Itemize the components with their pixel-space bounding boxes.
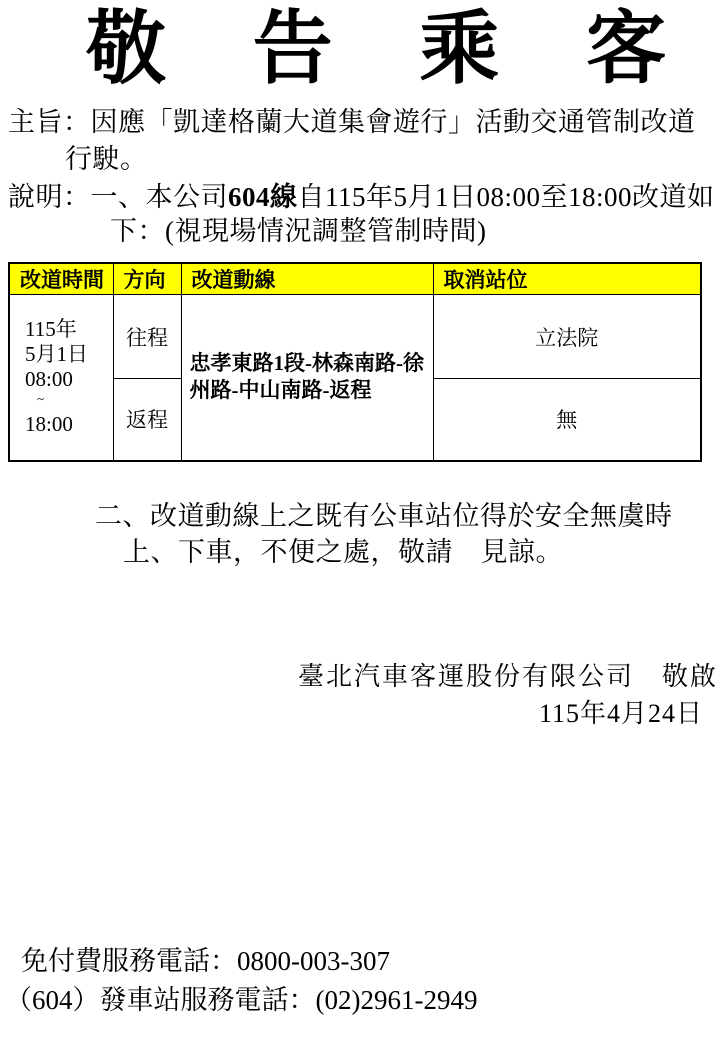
title-char: 告 (253, 2, 333, 98)
toll-free-phone: 免付費服務電話：0800-003-307 (5, 942, 477, 981)
note-line-1: 二、改道動線上之既有公車站位得於安全無虞時 (95, 498, 673, 534)
title-char: 客 (586, 2, 666, 98)
header-direction: 方向 (113, 263, 181, 295)
table-header-row: 改道時間 方向 改道動線 取消站位 (9, 263, 701, 295)
notice-title: 敬 告 乘 客 (86, 2, 666, 98)
contact-footer: 免付費服務電話：0800-003-307 （604）發車站服務電話：(02)29… (5, 942, 477, 1020)
header-diversion-time: 改道時間 (9, 263, 113, 295)
explanation-line-2: 下：(視現場情況調整管制時間) (8, 214, 715, 248)
explanation-line-1: 說明：一、本公司604線自115年5月1日08:00至18:00改道如 (8, 180, 715, 214)
explanation-suffix: 自115年5月1日08:00至18:00改道如 (298, 182, 715, 212)
signature-block: 臺北汽車客運股份有限公司 敬啟 115年4月24日 (298, 658, 718, 732)
note-paragraph: 二、改道動線上之既有公車站位得於安全無虞時 上、下車，不便之處，敬請 見諒。 (95, 498, 673, 570)
cell-direction-return: 返程 (113, 379, 181, 461)
route-line-1: 忠孝東路1段-林森南路-徐 (190, 350, 433, 377)
subject-line-2: 行駛。 (8, 141, 696, 178)
header-cancelled-stops: 取消站位 (433, 263, 701, 295)
title-char: 敬 (86, 2, 166, 98)
time-start: 08:00 (25, 367, 113, 392)
subject-paragraph: 主旨：因應「凱達格蘭大道集會遊行」活動交通管制改道 行駛。 (8, 104, 696, 178)
time-end: 18:00 (25, 412, 113, 437)
explanation-paragraph: 說明：一、本公司604線自115年5月1日08:00至18:00改道如 下：(視… (8, 180, 715, 248)
time-tilde: ~ (25, 392, 113, 406)
company-name: 臺北汽車客運股份有限公司 敬啟 (298, 658, 718, 695)
subject-line-1: 主旨：因應「凱達格蘭大道集會遊行」活動交通管制改道 (8, 104, 696, 141)
table-row: 115年 5月1日 08:00 ~ 18:00 往程 忠孝東路1段-林森南路-徐… (9, 295, 701, 379)
route-line-2: 州路-中山南路-返程 (190, 377, 433, 404)
cell-diversion-time: 115年 5月1日 08:00 ~ 18:00 (9, 295, 113, 461)
cell-cancelled-outbound: 立法院 (433, 295, 701, 379)
note-line-2: 上、下車，不便之處，敬請 見諒。 (95, 534, 673, 570)
depot-phone: （604）發車站服務電話：(02)2961-2949 (5, 981, 477, 1020)
time-year: 115年 (25, 317, 113, 342)
time-date: 5月1日 (25, 342, 113, 367)
route-number: 604線 (228, 182, 298, 212)
notice-date: 115年4月24日 (298, 695, 718, 732)
cell-diversion-route: 忠孝東路1段-林森南路-徐 州路-中山南路-返程 (181, 295, 433, 461)
header-diversion-route: 改道動線 (181, 263, 433, 295)
title-char: 乘 (419, 2, 499, 98)
explanation-prefix: 說明：一、本公司 (8, 182, 228, 212)
cell-direction-outbound: 往程 (113, 295, 181, 379)
cell-cancelled-return: 無 (433, 379, 701, 461)
diversion-table: 改道時間 方向 改道動線 取消站位 115年 5月1日 08:00 ~ 18:0… (8, 262, 702, 462)
